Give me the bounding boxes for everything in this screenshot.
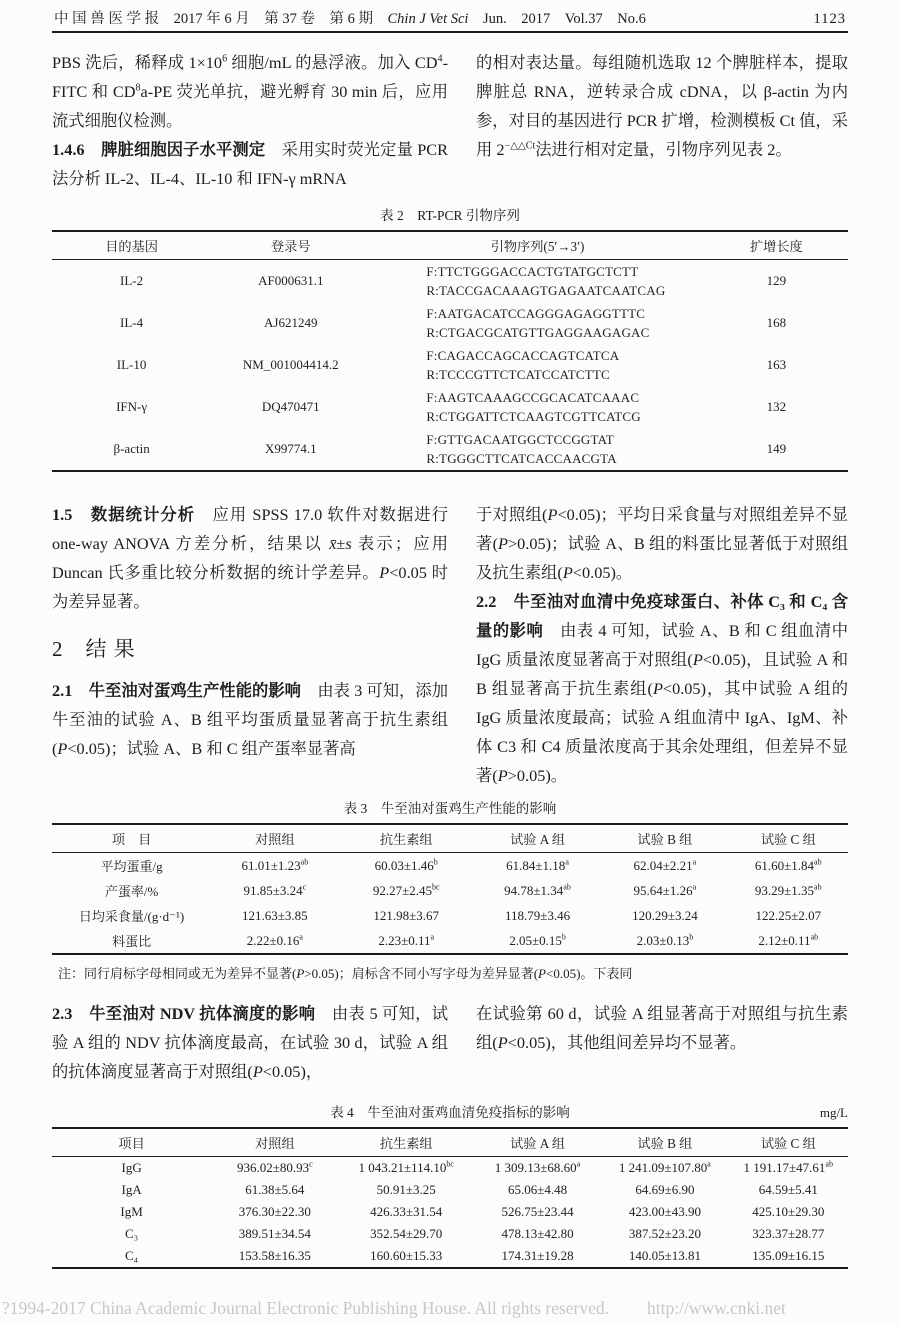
table-row: IgA 61.38±5.64 50.91±3.25 65.06±4.48 64.… [52, 1179, 848, 1201]
accession-cell: AF000631.1 [211, 260, 370, 303]
table2-header-row: 目的基因 登录号 引物序列(5′→3′) 扩增长度 [52, 231, 848, 260]
primer-cell: F:AAGTCAAAGCCGCACATCAAAC R:CTGGATTCTCAAG… [370, 386, 704, 428]
cell: 121.63±3.85 [211, 903, 338, 928]
reverse-primer: R:TCCCGTTCTCATCCATCTTC [426, 365, 702, 385]
journal-header-line: 中 国 兽 医 学 报 2017 年 6 月 第 37 卷 第 6 期 Chin… [54, 7, 646, 28]
gene-cell: IL-4 [52, 302, 211, 344]
row-label: 平均蛋重/g [52, 853, 211, 879]
reverse-primer: R:CTGGATTCTCAAGTCGTTCATCG [426, 407, 702, 427]
cell: 140.05±13.81 [601, 1245, 728, 1268]
primer-cell: F:AATGACATCCAGGGAGAGGTTTC R:CTGACGCATGTT… [370, 302, 704, 344]
cell: 61.60±1.84ab [729, 853, 848, 879]
cell: 2.22±0.16a [211, 928, 338, 954]
primer-cell: F:CAGACCAGCACCAGTCATCA R:TCCCGTTCTCATCCA… [370, 344, 704, 386]
table-row: IgM 376.30±22.30 426.33±31.54 526.75±23.… [52, 1201, 848, 1223]
row-label: IgG [52, 1157, 211, 1180]
cell: 95.64±1.26a [601, 878, 728, 903]
cell: 61.01±1.23ab [211, 853, 338, 879]
cell: 323.37±28.77 [729, 1223, 848, 1245]
gene-cell: IL-10 [52, 344, 211, 386]
column-header: 试验 A 组 [474, 824, 601, 853]
table-row: β-actin X99774.1 F:GTTGACAATGGCTCCGGTAT … [52, 428, 848, 471]
section-2-heading: 2 结 果 [52, 633, 448, 663]
para-expression: 的相对表达量。每组随机选取 12 个脾脏样本，提取脾脏总 RNA，逆转录合成 c… [476, 48, 848, 164]
cell: 426.33±31.54 [339, 1201, 474, 1223]
reverse-primer: R:TGGGCTTCATCACCAACGTA [426, 449, 702, 469]
cell: 64.69±6.90 [601, 1179, 728, 1201]
cell: 94.78±1.34ab [474, 878, 601, 903]
table2-block: 表 2 RT-PCR 引物序列 目的基因 登录号 引物序列(5′→3′) 扩增长… [52, 205, 848, 472]
forward-primer: F:AAGTCAAAGCCGCACATCAAAC [426, 388, 702, 408]
cell: 352.54±29.70 [339, 1223, 474, 1245]
row-label: IgA [52, 1179, 211, 1201]
row-label: C₃ [52, 1223, 211, 1245]
cell: 160.60±15.33 [339, 1245, 474, 1268]
column-header: 登录号 [211, 231, 370, 260]
mid-text-section: 1.5 数据统计分析 应用 SPSS 17.0 软件对数据进行 one-way … [52, 500, 848, 790]
table4-block: 表 4 牛至油对蛋鸡血清免疫指标的影响 mg/L 项目 对照组 抗生素组 试验 … [52, 1102, 848, 1269]
gene-cell: IFN-γ [52, 386, 211, 428]
column-header: 对照组 [211, 824, 338, 853]
table-row: 日均采食量/(g·d⁻¹) 121.63±3.85 121.98±3.67 11… [52, 903, 848, 928]
table3-note: 注：同行肩标字母相同或无为差异不显著(P>0.05)；肩标含不同小写字母为差异显… [52, 964, 848, 983]
column-header: 试验 B 组 [601, 824, 728, 853]
para-2-3-right: 在试验第 60 d，试验 A 组显著高于对照组与抗生素组(P<0.05)，其他组… [476, 999, 848, 1057]
left-column: 1.5 数据统计分析 应用 SPSS 17.0 软件对数据进行 one-way … [52, 500, 448, 790]
table-row: C₄ 153.58±16.35 160.60±15.33 174.31±19.2… [52, 1245, 848, 1268]
cell: 62.04±2.21a [601, 853, 728, 879]
cell: 1 241.09±107.80a [601, 1157, 728, 1180]
accession-cell: X99774.1 [211, 428, 370, 471]
cell: 120.29±3.24 [601, 903, 728, 928]
table4-unit: mg/L [820, 1102, 848, 1124]
cell: 61.38±5.64 [211, 1179, 338, 1201]
cell: 389.51±34.54 [211, 1223, 338, 1245]
forward-primer: F:CAGACCAGCACCAGTCATCA [426, 346, 702, 366]
length-cell: 149 [705, 428, 848, 471]
section-2-3: 2.3 牛至油对 NDV 抗体滴度的影响 由表 5 可知，试验 A 组的 NDV… [52, 999, 848, 1086]
column-header: 试验 A 组 [474, 1128, 601, 1157]
cell: 174.31±19.28 [474, 1245, 601, 1268]
column-header: 引物序列(5′→3′) [370, 231, 704, 260]
cell: 60.03±1.46b [339, 853, 474, 879]
para-1-5: 1.5 数据统计分析 应用 SPSS 17.0 软件对数据进行 one-way … [52, 500, 448, 616]
forward-primer: F:AATGACATCCAGGGAGAGGTTTC [426, 304, 702, 324]
cell: 122.25±2.07 [729, 903, 848, 928]
cell: 153.58±16.35 [211, 1245, 338, 1268]
column-header: 对照组 [211, 1128, 338, 1157]
table3-production-performance: 项 目 对照组 抗生素组 试验 A 组 试验 B 组 试验 C 组 平均蛋重/g… [52, 823, 848, 955]
right-column: 在试验第 60 d，试验 A 组显著高于对照组与抗生素组(P<0.05)，其他组… [476, 999, 848, 1086]
cell: 118.79±3.46 [474, 903, 601, 928]
forward-primer: F:GTTGACAATGGCTCCGGTAT [426, 430, 702, 450]
table-row: 产蛋率/% 91.85±3.24c 92.27±2.45bc 94.78±1.3… [52, 878, 848, 903]
right-column: 于对照组(P<0.05)；平均日采食量与对照组差异不显著(P>0.05)；试验 … [476, 500, 848, 790]
cell: 425.10±29.30 [729, 1201, 848, 1223]
cell: 2.03±0.13b [601, 928, 728, 954]
row-label: 料蛋比 [52, 928, 211, 954]
table2-title: 表 2 RT-PCR 引物序列 [52, 205, 848, 227]
gene-cell: IL-2 [52, 260, 211, 303]
gene-cell: β-actin [52, 428, 211, 471]
table4-header-row: 项目 对照组 抗生素组 试验 A 组 试验 B 组 试验 C 组 [52, 1128, 848, 1157]
journal-page: 中 国 兽 医 学 报 2017 年 6 月 第 37 卷 第 6 期 Chin… [0, 0, 900, 1325]
para-1-4-6: 1.4.6 脾脏细胞因子水平测定 采用实时荧光定量 PCR 法分析 IL-2、I… [52, 135, 448, 193]
cell: 423.00±43.90 [601, 1201, 728, 1223]
table4-title: 表 4 牛至油对蛋鸡血清免疫指标的影响 mg/L [52, 1102, 848, 1124]
table-row: C₃ 389.51±34.54 352.54±29.70 478.13±42.8… [52, 1223, 848, 1245]
table-row: IFN-γ DQ470471 F:AAGTCAAAGCCGCACATCAAAC … [52, 386, 848, 428]
right-column: 的相对表达量。每组随机选取 12 个脾脏样本，提取脾脏总 RNA，逆转录合成 c… [476, 48, 848, 193]
cell: 135.09±16.15 [729, 1245, 848, 1268]
cell: 65.06±4.48 [474, 1179, 601, 1201]
cell: 121.98±3.67 [339, 903, 474, 928]
column-header: 抗生素组 [339, 1128, 474, 1157]
table-row: 料蛋比 2.22±0.16a 2.23±0.11a 2.05±0.15b 2.0… [52, 928, 848, 954]
left-column: 2.3 牛至油对 NDV 抗体滴度的影响 由表 5 可知，试验 A 组的 NDV… [52, 999, 448, 1086]
cell: 93.29±1.35ab [729, 878, 848, 903]
row-label: IgM [52, 1201, 211, 1223]
primer-cell: F:TTCTGGGACCACTGTATGCTCTT R:TACCGACAAAGT… [370, 260, 704, 303]
length-cell: 129 [705, 260, 848, 303]
para-production-cont: 于对照组(P<0.05)；平均日采食量与对照组差异不显著(P>0.05)；试验 … [476, 500, 848, 587]
table2-primer-sequences: 目的基因 登录号 引物序列(5′→3′) 扩增长度 IL-2 AF000631.… [52, 230, 848, 472]
table-row: 平均蛋重/g 61.01±1.23ab 60.03±1.46b 61.84±1.… [52, 853, 848, 879]
row-label: C₄ [52, 1245, 211, 1268]
row-label: 产蛋率/% [52, 878, 211, 903]
column-header: 抗生素组 [339, 824, 474, 853]
forward-primer: F:TTCTGGGACCACTGTATGCTCTT [426, 262, 702, 282]
reverse-primer: R:TACCGACAAAGTGAGAATCAATCAG [426, 281, 702, 301]
length-cell: 132 [705, 386, 848, 428]
column-header: 目的基因 [52, 231, 211, 260]
para-2-1: 2.1 牛至油对蛋鸡生产性能的影响 由表 3 可知，添加牛至油的试验 A、B 组… [52, 676, 448, 763]
column-header: 试验 B 组 [601, 1128, 728, 1157]
cell: 526.75±23.44 [474, 1201, 601, 1223]
accession-cell: AJ621249 [211, 302, 370, 344]
cell: 1 043.21±114.10bc [339, 1157, 474, 1180]
column-header: 项目 [52, 1128, 211, 1157]
cell: 50.91±3.25 [339, 1179, 474, 1201]
top-text-section: PBS 洗后，稀释成 1×106 细胞/mL 的悬浮液。加入 CD4-FITC … [52, 48, 848, 193]
column-header: 试验 C 组 [729, 824, 848, 853]
column-header: 项 目 [52, 824, 211, 853]
cell: 61.84±1.18a [474, 853, 601, 879]
reverse-primer: R:CTGACGCATGTTGAGGAAGAGAC [426, 323, 702, 343]
table-row: IL-4 AJ621249 F:AATGACATCCAGGGAGAGGTTTC … [52, 302, 848, 344]
footer-url: http://www.cnki.net [647, 1298, 786, 1319]
row-label: 日均采食量/(g·d⁻¹) [52, 903, 211, 928]
cell: 2.05±0.15b [474, 928, 601, 954]
para-2-3-left: 2.3 牛至油对 NDV 抗体滴度的影响 由表 5 可知，试验 A 组的 NDV… [52, 999, 448, 1086]
column-header: 扩增长度 [705, 231, 848, 260]
column-header: 试验 C 组 [729, 1128, 848, 1157]
copyright-footer: ?1994-2017 China Academic Journal Electr… [0, 1298, 900, 1319]
accession-cell: DQ470471 [211, 386, 370, 428]
cell: 936.02±80.93c [211, 1157, 338, 1180]
primer-cell: F:GTTGACAATGGCTCCGGTAT R:TGGGCTTCATCACCA… [370, 428, 704, 471]
cell: 2.12±0.11ab [729, 928, 848, 954]
cell: 1 309.13±68.60a [474, 1157, 601, 1180]
length-cell: 163 [705, 344, 848, 386]
table3-title: 表 3 牛至油对蛋鸡生产性能的影响 [52, 798, 848, 820]
table3-block: 表 3 牛至油对蛋鸡生产性能的影响 项 目 对照组 抗生素组 试验 A 组 试验… [52, 798, 848, 983]
para-2-2: 2.2 牛至油对血清中免疫球蛋白、补体 C₃ 和 C₄ 含量的影响 由表 4 可… [476, 587, 848, 790]
cell: 387.52±23.20 [601, 1223, 728, 1245]
table-row: IgG 936.02±80.93c 1 043.21±114.10bc 1 30… [52, 1157, 848, 1180]
left-column: PBS 洗后，稀释成 1×106 细胞/mL 的悬浮液。加入 CD4-FITC … [52, 48, 448, 193]
cell: 2.23±0.11a [339, 928, 474, 954]
cell: 91.85±3.24c [211, 878, 338, 903]
cell: 92.27±2.45bc [339, 878, 474, 903]
cell: 64.59±5.41 [729, 1179, 848, 1201]
table-row: IL-10 NM_001004414.2 F:CAGACCAGCACCAGTCA… [52, 344, 848, 386]
para-pbs-wash: PBS 洗后，稀释成 1×106 细胞/mL 的悬浮液。加入 CD4-FITC … [52, 48, 448, 135]
cell: 1 191.17±47.61ab [729, 1157, 848, 1180]
cell: 376.30±22.30 [211, 1201, 338, 1223]
accession-cell: NM_001004414.2 [211, 344, 370, 386]
cell: 478.13±42.80 [474, 1223, 601, 1245]
page-number: 1123 [814, 11, 846, 28]
footer-copyright: ?1994-2017 China Academic Journal Electr… [2, 1298, 609, 1319]
length-cell: 168 [705, 302, 848, 344]
table3-header-row: 项 目 对照组 抗生素组 试验 A 组 试验 B 组 试验 C 组 [52, 824, 848, 853]
table-row: IL-2 AF000631.1 F:TTCTGGGACCACTGTATGCTCT… [52, 260, 848, 303]
table4-serum-immune: 项目 对照组 抗生素组 试验 A 组 试验 B 组 试验 C 组 IgG 936… [52, 1127, 848, 1269]
journal-header: 中 国 兽 医 学 报 2017 年 6 月 第 37 卷 第 6 期 Chin… [52, 0, 848, 33]
